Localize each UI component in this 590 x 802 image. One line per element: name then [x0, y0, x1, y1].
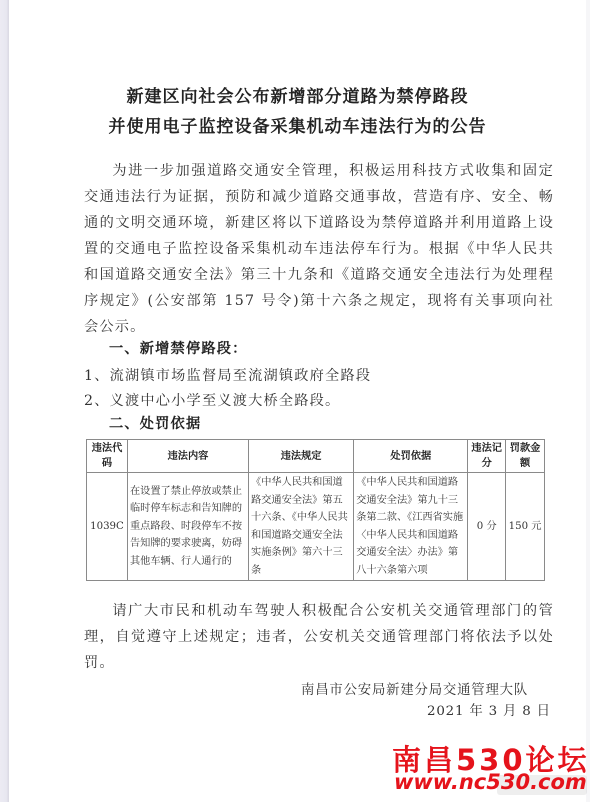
watermark-url: www.nc530.com [394, 770, 587, 794]
road-item: 1、流湖镇市场监督局至流湖镇政府全路段 [84, 365, 371, 385]
cell-basis: 《中华人民共和国道路交通安全法》第九十三条第二款、《江西省实施〈中华人民共和国道… [354, 473, 468, 581]
cell-content: 在设置了禁止停放或禁止临时停车标志和告知牌的重点路段、时段停车不按告知牌的要求驶… [127, 473, 248, 581]
header-basis: 处罚依据 [354, 440, 468, 473]
cell-points: 0 分 [468, 473, 506, 581]
window-edge-left [0, 0, 9, 802]
header-code: 违法代码 [87, 440, 128, 473]
header-points: 违法记分 [468, 440, 506, 473]
title-line-1: 新建区向社会公布新增部分道路为禁停路段 [9, 82, 586, 107]
header-content: 违法内容 [127, 440, 248, 473]
cell-code: 1039C [87, 473, 128, 581]
road-item: 2、义渡中心小学至义渡大桥全路段。 [84, 390, 340, 410]
signature-date: 2021 年 3 月 8 日 [427, 700, 551, 719]
document-page: 新建区向社会公布新增部分道路为禁停路段 并使用电子监控设备采集机动车违法行为的公… [9, 0, 586, 802]
section-1-heading: 一、新增禁停路段： [109, 338, 248, 358]
cell-fine: 150 元 [506, 473, 545, 581]
section-2-heading: 二、处罚依据 [109, 413, 201, 433]
header-fine: 罚款金额 [506, 440, 545, 473]
intro-paragraph: 为进一步加强道路交通安全管理，积极运用科技方式收集和固定交通违法行为证据，预防和… [84, 158, 554, 340]
table-row: 1039C 在设置了禁止停放或禁止临时停车标志和告知牌的重点路段、时段停车不按告… [87, 473, 545, 581]
header-rule: 违法规定 [249, 440, 354, 473]
closing-paragraph: 请广大市民和机动车驾驶人积极配合公安机关交通管理部门的管理，自觉遵守上述规定；违… [84, 598, 554, 676]
cell-rule: 《中华人民共和国道路交通安全法》第五十六条、《中华人民共和国道路交通安全法实施条… [249, 473, 354, 581]
window-edge-right [586, 0, 590, 802]
table-header-row: 违法代码 违法内容 违法规定 处罚依据 违法记分 罚款金额 [87, 440, 545, 473]
title-line-2: 并使用电子监控设备采集机动车违法行为的公告 [9, 112, 586, 137]
penalty-table: 违法代码 违法内容 违法规定 处罚依据 违法记分 罚款金额 1039C 在设置了… [86, 439, 545, 581]
signature-org: 南昌市公安局新建分局交通管理大队 [301, 679, 528, 698]
